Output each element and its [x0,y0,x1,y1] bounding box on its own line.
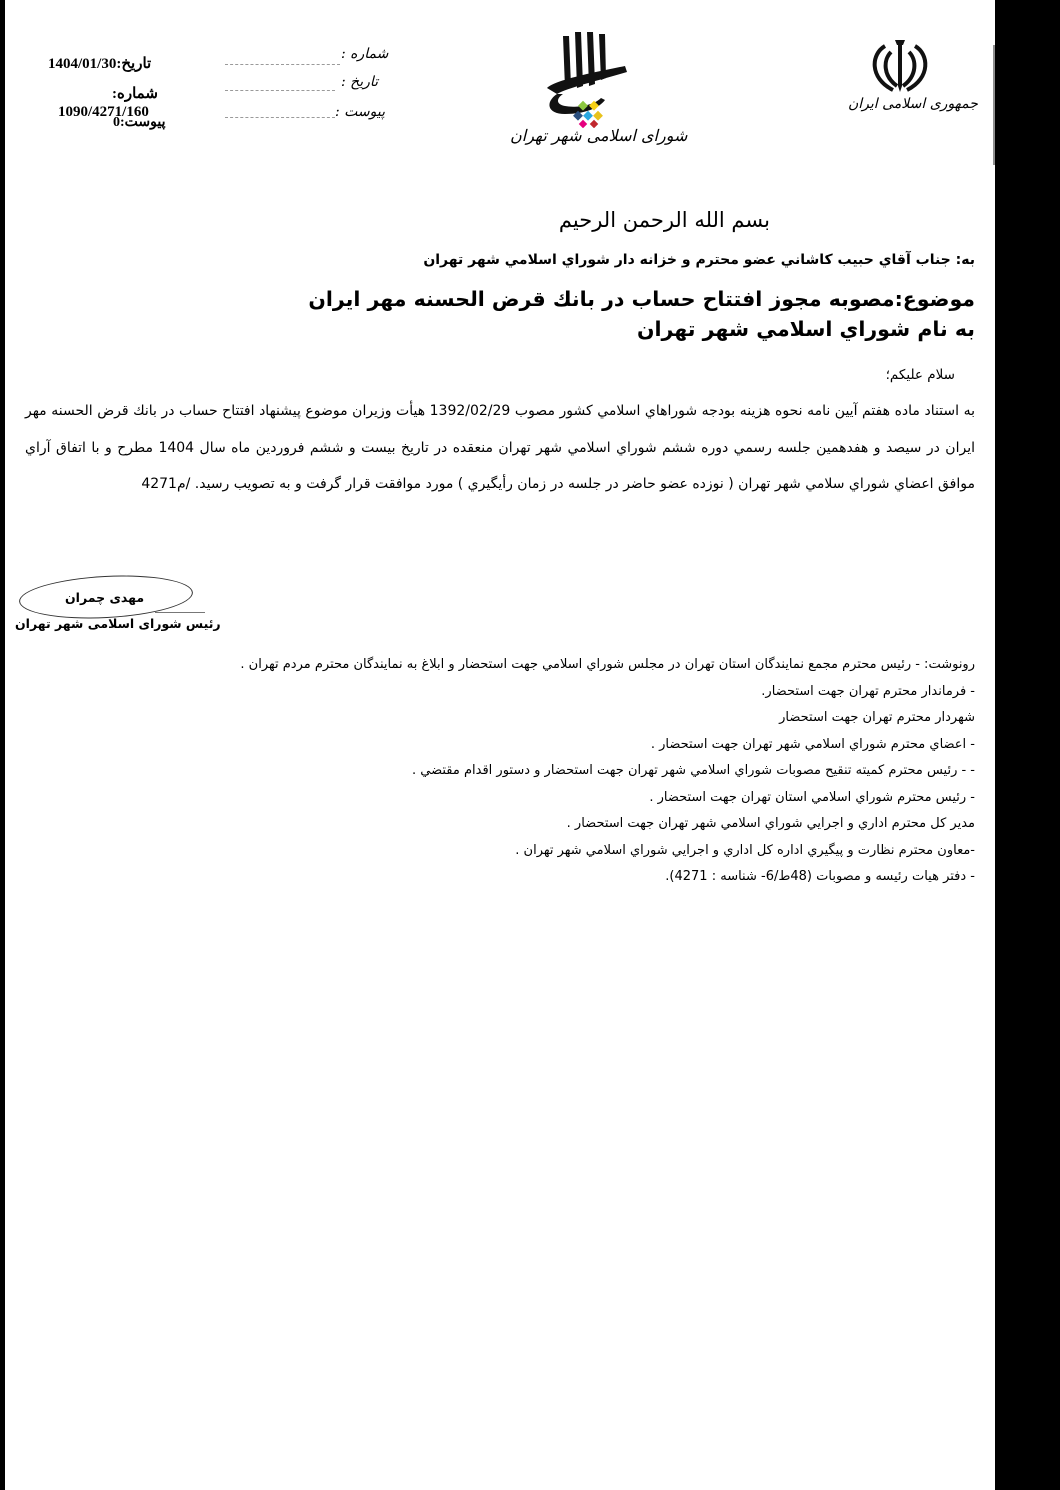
letter-number-label: شماره: [112,84,158,103]
date-dotted-line [225,90,335,91]
cc-line: - اعضاي محترم شوراي اسلامي شهر تهران جهت… [155,732,975,759]
cc-line: رونوشت: - رئيس محترم مجمع نمايندگان استا… [155,652,975,679]
attachment-value: 0 [113,115,120,130]
cc-list: رونوشت: - رئيس محترم مجمع نمايندگان استا… [155,652,975,891]
cc-line: شهردار محترم تهران جهت استحضار [155,705,975,732]
iran-emblem-icon [845,36,955,96]
iran-emblem-caption: جمهوری اسلامی ایران [848,96,978,112]
letter-date: 1404/01/30تاريخ: [48,54,151,73]
letter-body: به استناد ماده هفتم آيين نامه نحوه هزينه… [25,393,975,503]
number-dotted-line [225,64,340,65]
form-date-label: تاریخ : [341,74,378,90]
signature-name: مهدی چمران [65,590,144,605]
council-emblem-icon [505,28,665,128]
date-label: تاريخ: [116,56,151,72]
cc-line: -معاون محترم نظارت و پيگيري اداره كل ادا… [155,838,975,865]
signature-title: رئیس شورای اسلامی شهر تهران [15,616,221,631]
greeting: سلام عليكم؛ [886,367,955,383]
date-value: 1404/01/30 [48,56,116,72]
signature-underline [155,612,205,613]
subject-heading: موضوع:مصوبه مجوز افتتاح حساب در بانك قرض… [295,284,975,344]
attachment-dotted-line [225,117,335,118]
council-logo-caption: شورای اسلامی شهر تهران [510,126,687,145]
form-number-label: شماره : [341,46,388,62]
number-label: شماره: [112,86,158,102]
letter-page: 1404/01/30تاريخ: شماره: 1090/4271/160 0پ… [5,0,995,1490]
header-right-rule [993,45,995,165]
form-attachment-label: پیوست : [335,104,385,120]
cc-line: - فرماندار محترم تهران جهت استحضار. [155,679,975,706]
attachment-label: پيوست: [120,115,166,130]
cc-line: - رئيس محترم شوراي اسلامي استان تهران جه… [155,785,975,812]
letter-attachment: 0پيوست: [113,114,166,131]
cc-line: - دفتر هيات رئيسه و مصوبات (48ط/6- شناسه… [155,864,975,891]
basmala: بسم الله الرحمن الرحیم [559,208,770,232]
addressee: به: جناب آقاي حبيب كاشاني عضو محترم و خز… [423,252,975,268]
cc-line: - - رئيس محترم كميته تنقيح مصوبات شوراي … [155,758,975,785]
cc-line: مدير كل محترم اداري و اجرايي شوراي اسلام… [155,811,975,838]
iran-emblem [845,36,955,126]
